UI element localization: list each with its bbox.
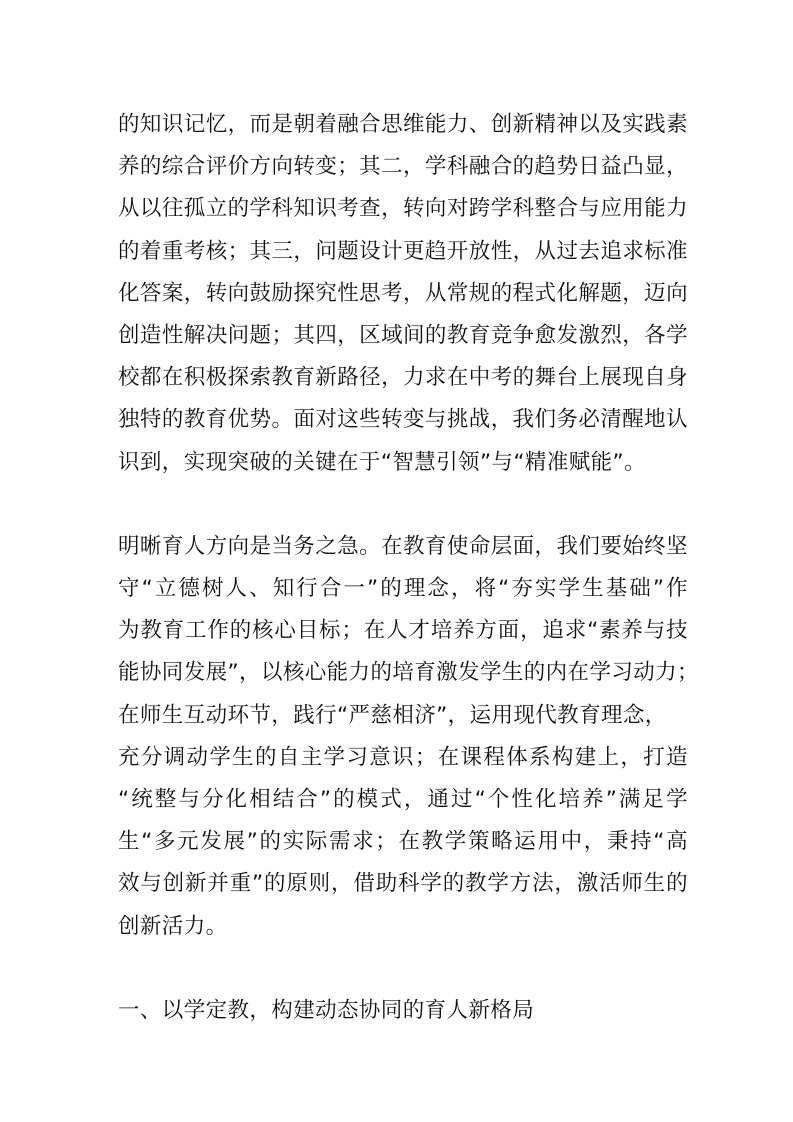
text-line: 在师生互动环节，践行“严慈相济”，运用现代教育理念， [118, 695, 688, 737]
text-line: 校都在积极探索教育新路径，力求在中考的舞台上展现自身 [118, 357, 688, 399]
text-line: 的知识记忆，而是朝着融合思维能力、创新精神以及实践素 [118, 104, 688, 146]
paragraph-spacer [118, 484, 688, 526]
text-line: 充分调动学生的自主学习意识；在课程体系构建上，打造 [118, 737, 688, 779]
text-line: “统整与分化相结合”的模式，通过“个性化培养”满足学 [118, 779, 688, 821]
text-line: 独特的教育优势。面对这些转变与挑战，我们务必清醒地认 [118, 399, 688, 441]
text-line: 创新活力。 [118, 906, 688, 948]
text-line: 守“立德树人、知行合一”的理念，将“夯实学生基础”作 [118, 568, 688, 610]
text-line: 的着重考核；其三，问题设计更趋开放性，从过去追求标准 [118, 231, 688, 273]
paragraph-1: 的知识记忆，而是朝着融合思维能力、创新精神以及实践素 养的综合评价方向转变；其二… [118, 104, 688, 484]
text-line: 明晰育人方向是当务之急。在教育使命层面，我们要始终坚 [118, 526, 688, 568]
section-heading: 一、以学定教，构建动态协同的育人新格局 [118, 990, 688, 1032]
paragraph-spacer [118, 948, 688, 990]
document-page: 的知识记忆，而是朝着融合思维能力、创新精神以及实践素 养的综合评价方向转变；其二… [118, 104, 688, 1032]
text-line: 效与创新并重”的原则，借助科学的教学方法，激活师生的 [118, 863, 688, 905]
text-line: 从以往孤立的学科知识考查，转向对跨学科整合与应用能力 [118, 188, 688, 230]
text-line: 化答案，转向鼓励探究性思考，从常规的程式化解题，迈向 [118, 273, 688, 315]
paragraph-2: 明晰育人方向是当务之急。在教育使命层面，我们要始终坚 守“立德树人、知行合一”的… [118, 526, 688, 948]
text-line: 养的综合评价方向转变；其二，学科融合的趋势日益凸显， [118, 146, 688, 188]
text-line: 能协同发展”，以核心能力的培育激发学生的内在学习动力； [118, 652, 688, 694]
text-line: 生“多元发展”的实际需求；在教学策略运用中，秉持“高 [118, 821, 688, 863]
text-line: 为教育工作的核心目标；在人才培养方面，追求“素养与技 [118, 610, 688, 652]
text-line: 识到，实现突破的关键在于“智慧引领”与“精准赋能”。 [118, 442, 688, 484]
text-line: 创造性解决问题；其四，区域间的教育竞争愈发激烈，各学 [118, 315, 688, 357]
